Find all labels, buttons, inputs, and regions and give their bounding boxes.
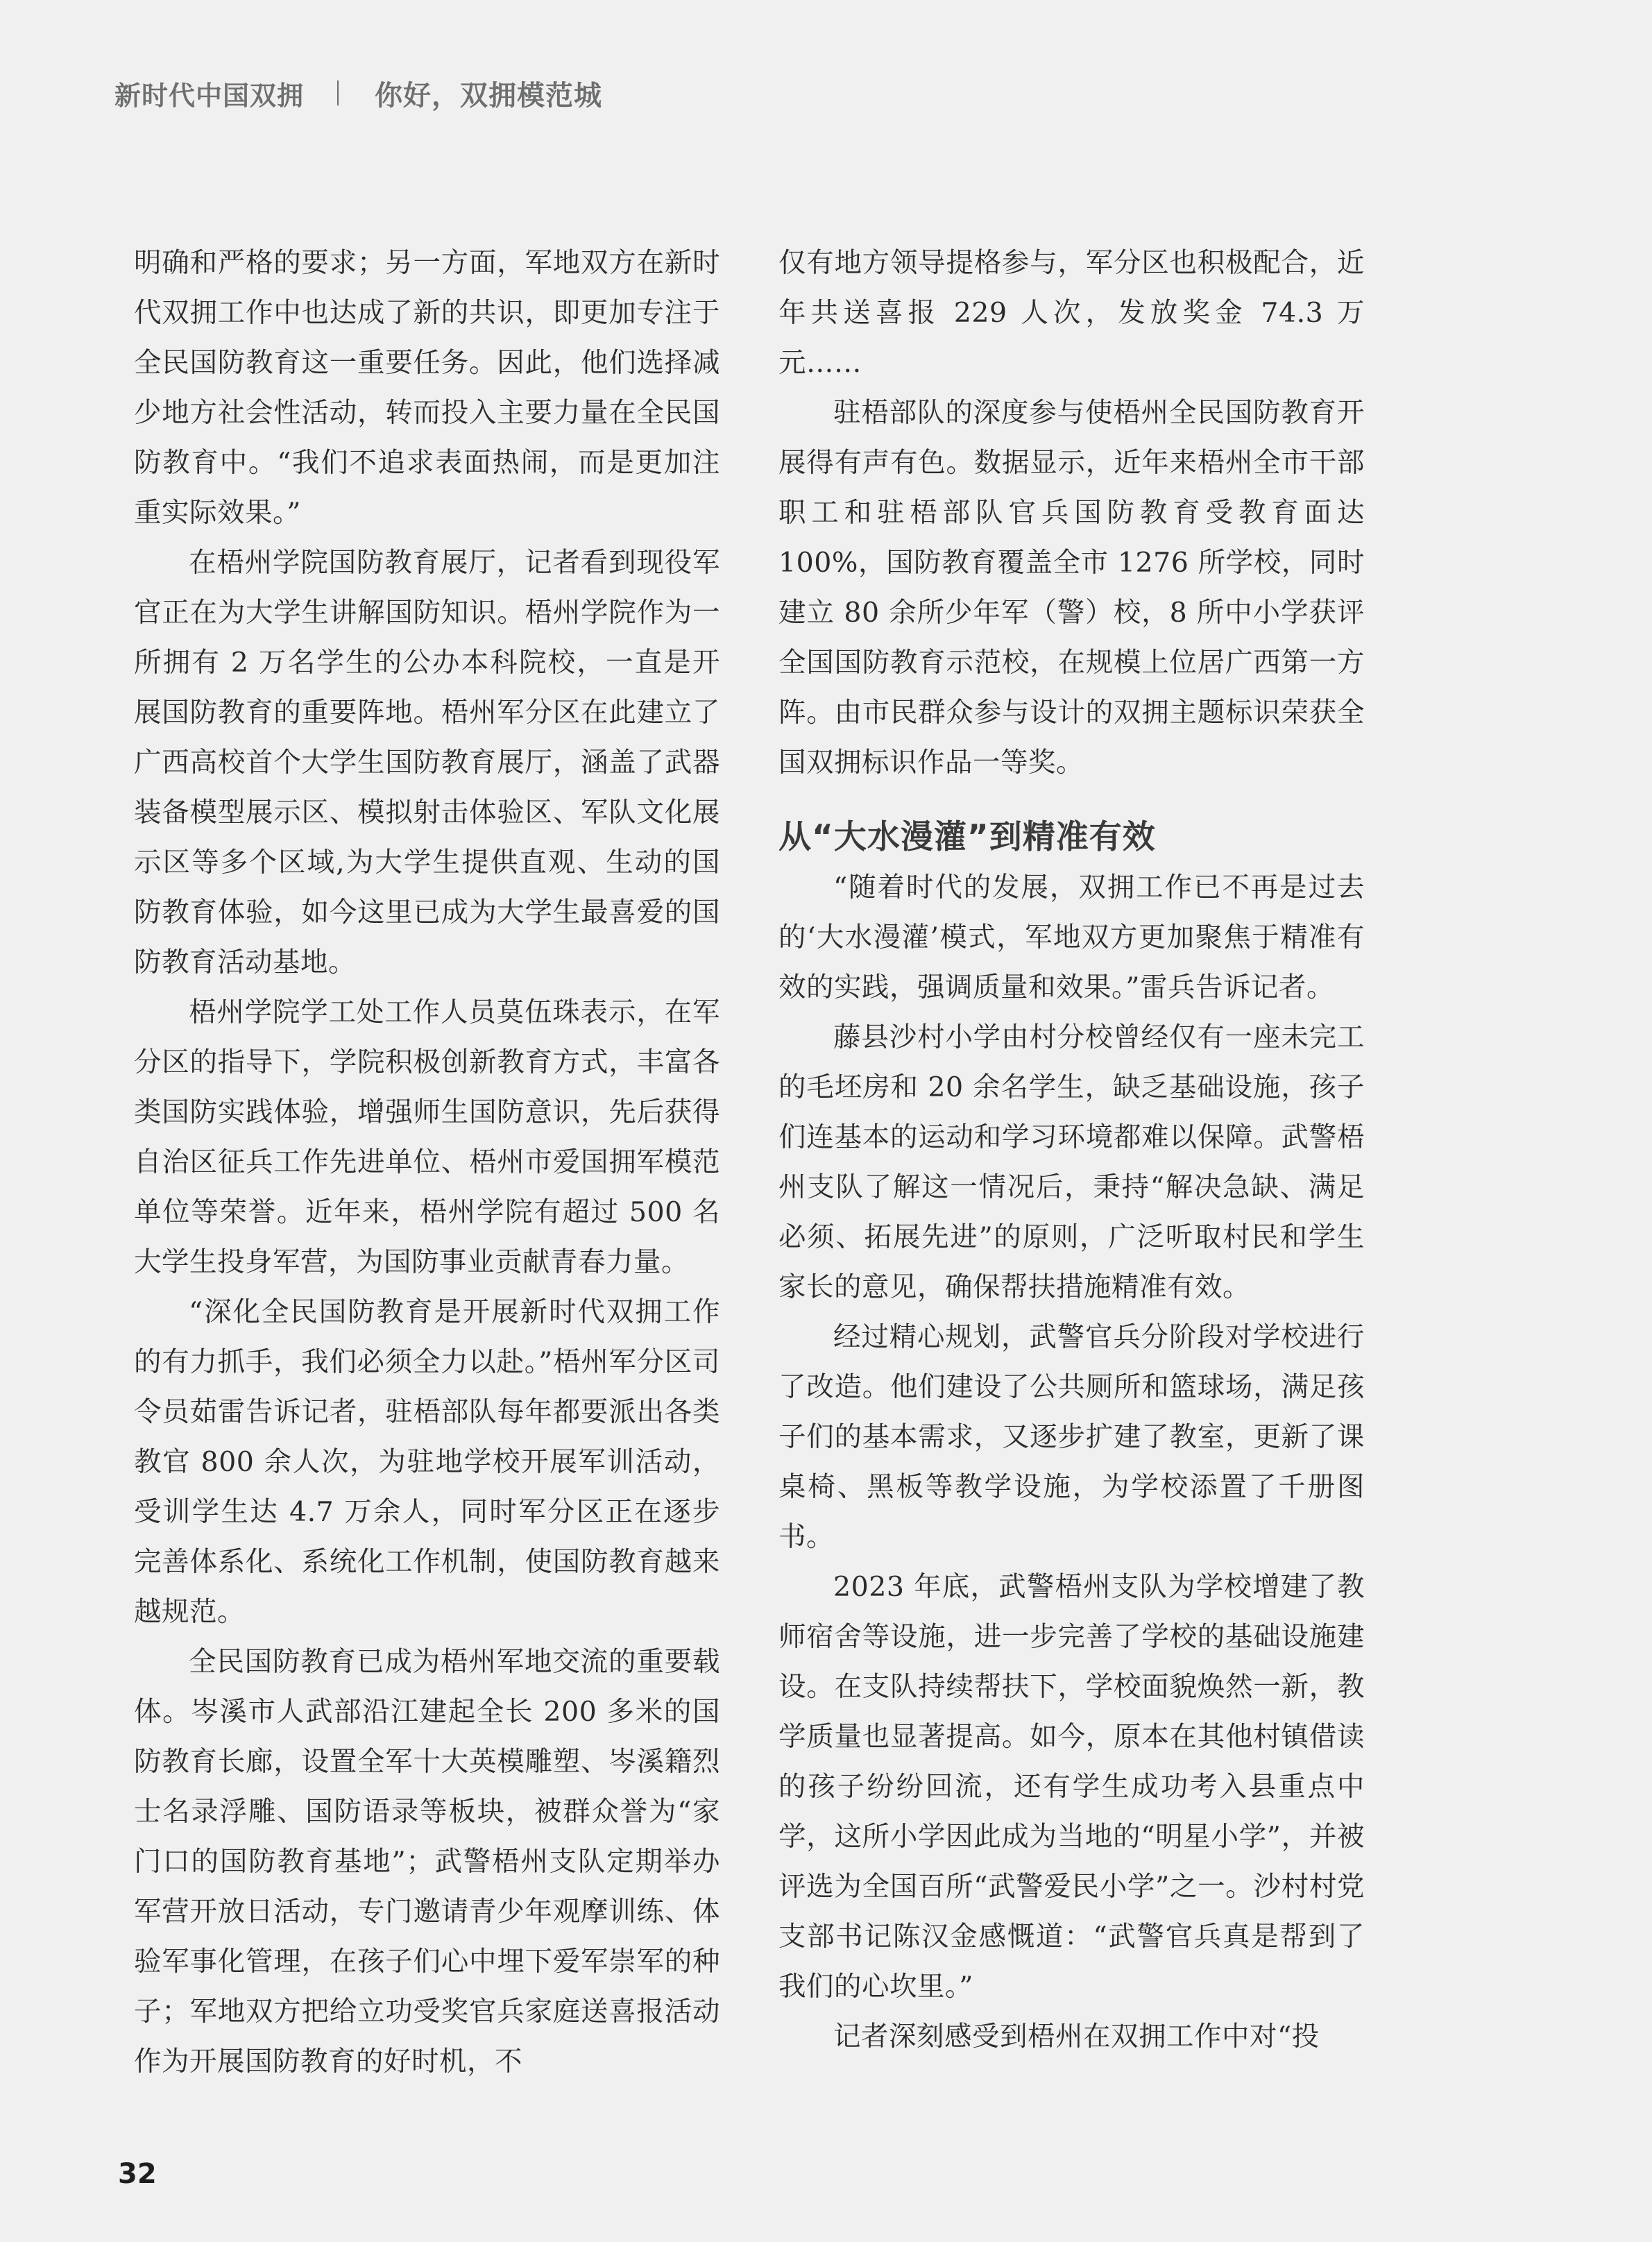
paragraph: 2023 年底，武警梧州支队为学校增建了教师宿舍等设施，进一步完善了学校的基础设… — [778, 1562, 1365, 2012]
paragraph: 全民国防教育已成为梧州军地交流的重要载体。岑溪市人武部沿江建起全长 200 多米… — [134, 1637, 720, 2087]
running-header: 新时代中国双拥 你好，双拥模范城 — [114, 72, 602, 114]
paragraph: 经过精心规划，武警官兵分阶段对学校进行了改造。他们建设了公共厕所和篮球场，满足孩… — [778, 1312, 1365, 1562]
paragraph: 藤县沙村小学由村分校曾经仅有一座未完工的毛坯房和 20 余名学生，缺乏基础设施，… — [778, 1012, 1365, 1312]
paragraph: “随着时代的发展，双拥工作已不再是过去的‘大水漫灌’模式，军地双方更加聚焦于精准… — [778, 863, 1365, 1012]
page-number: 32 — [118, 2158, 157, 2190]
paragraph: 记者深刻感受到梧州在双拥工作中对“投 — [778, 2012, 1365, 2062]
paragraph: 在梧州学院国防教育展厅，记者看到现役军官正在为大学生讲解国防知识。梧州学院作为一… — [134, 538, 720, 987]
paragraph: 仅有地方领导提格参与，军分区也积极配合，近年共送喜报 229 人次，发放奖金 7… — [778, 238, 1365, 388]
paragraph: 明确和严格的要求；另一方面，军地双方在新时代双拥工作中也达成了新的共识，即更加专… — [134, 238, 720, 538]
section-name: 新时代中国双拥 — [114, 74, 304, 112]
section-subheading: 从“大水漫灌”到精准有效 — [778, 813, 1365, 863]
paragraph: 梧州学院学工处工作人员莫伍珠表示，在军分区的指导下，学院积极创新教育方式，丰富各… — [134, 987, 720, 1287]
paragraph: 驻梧部队的深度参与使梧州全民国防教育开展得有声有色。数据显示，近年来梧州全市干部… — [778, 388, 1365, 788]
header-divider — [337, 80, 339, 105]
left-column: 明确和严格的要求；另一方面，军地双方在新时代双拥工作中也达成了新的共识，即更加专… — [134, 238, 720, 2087]
article-title: 你好，双拥模范城 — [375, 74, 602, 113]
right-column: 仅有地方领导提格参与，军分区也积极配合，近年共送喜报 229 人次，发放奖金 7… — [778, 238, 1365, 2062]
paragraph: “深化全民国防教育是开展新时代双拥工作的有力抓手，我们必须全力以赴。”梧州军分区… — [134, 1287, 720, 1637]
